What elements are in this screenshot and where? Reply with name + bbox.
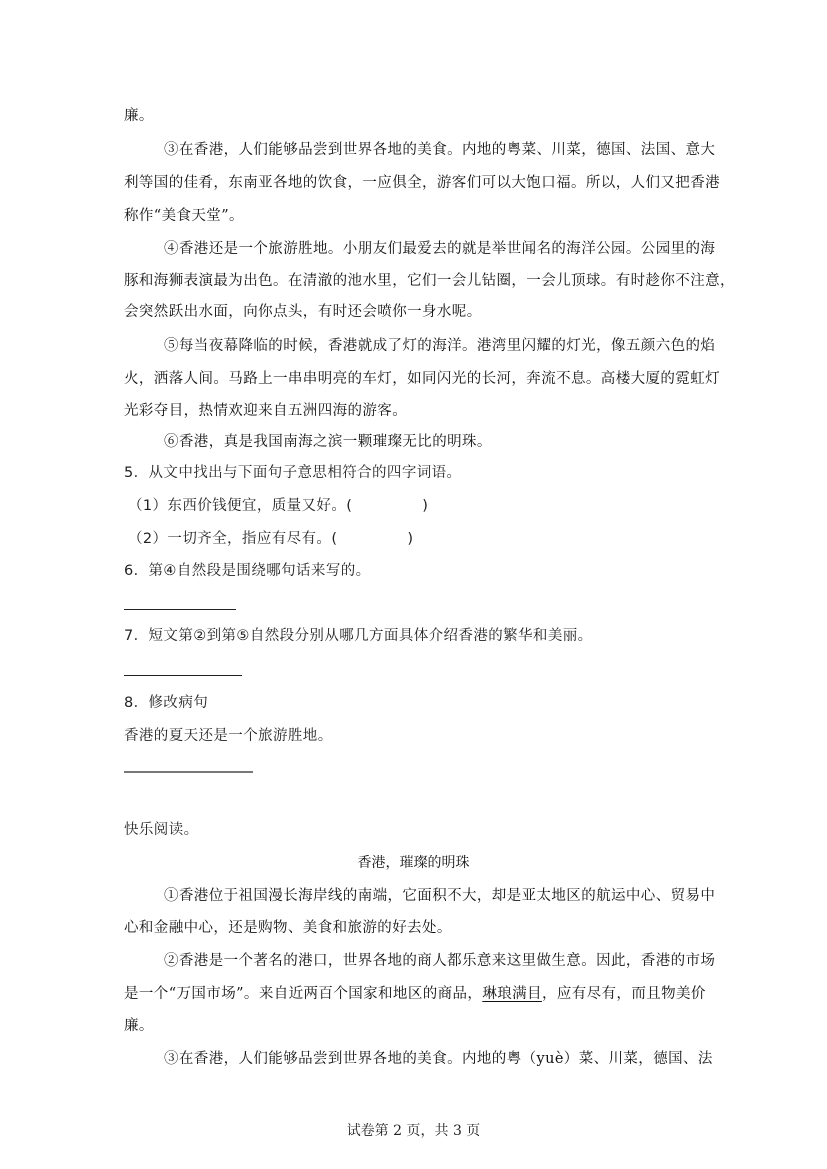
passage-line: 火，洒落人间。马路上一串串明亮的车灯，如同闪光的长河，奔流不息。高楼大厦的霓虹灯 — [124, 369, 720, 389]
question-6-prompt: 6．第④自然段是围绕哪句话来写的。 — [124, 561, 371, 581]
reading-paragraph-3: ③在香港，人们能够品尝到世界各地的美食。内地的粤（yuè）菜、川菜，德国、法 — [164, 1049, 713, 1069]
passage-line: 光彩夺目，热情欢迎来自五洲四海的游客。 — [124, 401, 407, 421]
passage-line: 豚和海狮表演最为出色。在清澈的池水里，它们一会儿钻圈，一会儿顶球。有时趁你不注意… — [124, 271, 735, 291]
reading-heading: 快乐阅读。 — [124, 820, 199, 840]
reading-text: ，应有尽有，而且物美价 — [542, 986, 706, 1002]
passage-paragraph-6: ⑥香港，真是我国南海之滨一颗璀璨无比的明珠。 — [164, 432, 492, 452]
page-footer: 试卷第 2 页，共 3 页 — [0, 1121, 827, 1141]
reading-text: 是一个“万国市场”。来自近两百个国家和地区的商品， — [124, 986, 482, 1002]
underlined-phrase: 琳琅满目 — [482, 986, 542, 1002]
reading-title: 香港，璀璨的明珠 — [0, 853, 827, 873]
question-8-prompt: 8．修改病句 — [124, 693, 208, 713]
reading-line: 是一个“万国市场”。来自近两百个国家和地区的商品，琳琅满目，应有尽有，而且物美价 — [124, 984, 706, 1004]
passage-p2-tail: 廉。 — [124, 106, 154, 126]
answer-line-8[interactable] — [124, 771, 253, 773]
reading-line: 心和金融中心，还是购物、美食和旅游的好去处。 — [124, 918, 452, 938]
question-8-sentence: 香港的夏天还是一个旅游胜地。 — [124, 726, 333, 746]
passage-line: ④香港还是一个旅游胜地。小朋友们最爱去的就是举世闻名的海洋公园。公园里的海 — [164, 239, 715, 259]
reading-line: 廉。 — [124, 1016, 154, 1036]
passage-line: 利等国的佳肴，东南亚各地的饮食，一应俱全，游客们可以大饱口福。所以，人们又把香港 — [124, 173, 720, 193]
question-7-prompt: 7．短文第②到第⑤自然段分别从哪几方面具体介绍香港的繁华和美丽。 — [124, 626, 593, 646]
passage-line: 称作“美食天堂”。 — [124, 206, 244, 226]
passage-line: ⑤每当夜幕降临的时候，香港就成了灯的海洋。港湾里闪耀的灯光，像五颜六色的焰 — [164, 336, 715, 356]
question-5-item-1: （1）东西价钱便宜，质量又好。() — [128, 496, 428, 516]
close-paren: ) — [407, 531, 413, 547]
question-5-item-2: （2）一切齐全，指应有尽有。() — [128, 529, 413, 549]
answer-line-7[interactable] — [124, 675, 242, 676]
reading-line: ①香港位于祖国漫长海岸线的南端，它面积不大，却是亚太地区的航运中心、贸易中 — [164, 886, 715, 906]
answer-line-6[interactable] — [124, 609, 236, 610]
question-5-item-2-label: （2）一切齐全，指应有尽有。( — [128, 531, 337, 547]
close-paren: ) — [422, 498, 428, 514]
question-5-prompt: 5．从文中找出与下面句子意思相符合的四字词语。 — [124, 463, 461, 483]
passage-line: 会突然跃出水面，向你点头，有时还会喷你一身水呢。 — [124, 302, 482, 322]
reading-line: ②香港是一个著名的港口，世界各地的商人都乐意来这里做生意。因此，香港的市场 — [164, 951, 715, 971]
question-5-item-1-label: （1）东西价钱便宜，质量又好。( — [128, 498, 352, 514]
passage-line: ③在香港，人们能够品尝到世界各地的美食。内地的粤菜、川菜，德国、法国、意大 — [164, 140, 715, 160]
